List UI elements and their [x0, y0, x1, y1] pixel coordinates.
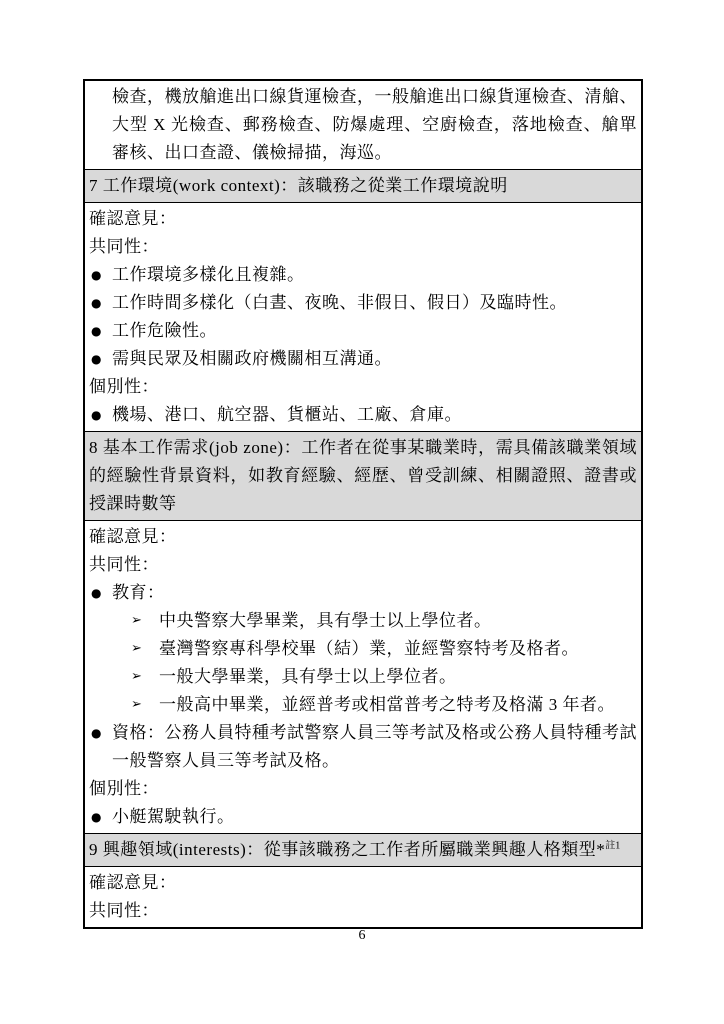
list-text: 工作時間多樣化（白晝、夜晚、非假日、假日）及臨時性。 — [112, 289, 637, 317]
bullet-icon: ● — [91, 579, 112, 607]
sub-list-item: ➢ 臺灣警察專科學校畢（結）業，並經警察特考及格者。 — [89, 635, 637, 663]
list-text: 需與民眾及相關政府機關相互溝通。 — [112, 345, 637, 373]
label-line: 個別性： — [89, 775, 637, 803]
list-item: ● 工作時間多樣化（白晝、夜晚、非假日、假日）及臨時性。 — [89, 289, 637, 317]
label-line: 確認意見： — [89, 869, 637, 897]
arrow-icon: ➢ — [131, 607, 159, 635]
document-table: 檢查，機放艙進出口線貨運檢查，一般艙進出口線貨運檢查、清艙、大型 X 光檢查、郵… — [83, 79, 643, 929]
label-text: 個別性： — [89, 373, 637, 401]
list-item: ● 教育： — [89, 579, 637, 607]
list-text: 機場、港口、航空器、貨櫃站、工廠、倉庫。 — [112, 401, 637, 429]
label-text: 共同性： — [89, 551, 637, 579]
list-text: 一般高中畢業，並經普考或相當普考之特考及格滿 3 年者。 — [159, 691, 637, 719]
table-row-header-interests: 9 興趣領域(interests)：從事該職務之工作者所屬職業興趣人格類型*註1 — [85, 833, 641, 866]
list-text: 資格：公務人員特種考試警察人員三等考試及格或公務人員特種考試一般警察人員三等考試… — [112, 719, 637, 775]
list-item: ● 機場、港口、航空器、貨櫃站、工廠、倉庫。 — [89, 401, 637, 429]
label-line: 共同性： — [89, 551, 637, 579]
table-row-header-work-context: 7 工作環境(work context)：該職務之從業工作環境說明 — [85, 169, 641, 202]
table-row-continuation-paragraph: 檢查，機放艙進出口線貨運檢查，一般艙進出口線貨運檢查、清艙、大型 X 光檢查、郵… — [85, 81, 641, 169]
label-text: 共同性： — [89, 233, 637, 261]
list-item: ● 工作環境多樣化且複雜。 — [89, 261, 637, 289]
table-row-job-zone-content: 確認意見： 共同性： ● 教育： ➢ 中央警察大學畢業，具有學士以上學位者。 ➢… — [85, 520, 641, 833]
bullet-icon: ● — [91, 289, 112, 317]
list-text: 工作環境多樣化且複雜。 — [112, 261, 637, 289]
section-header-text: 9 興趣領域(interests)：從事該職務之工作者所屬職業興趣人格類型* — [89, 840, 605, 859]
bullet-icon: ● — [91, 803, 112, 831]
bullet-icon: ● — [91, 401, 112, 429]
footnote-ref: 註1 — [605, 840, 620, 851]
bullet-icon: ● — [91, 345, 112, 373]
section-header-text: 8 基本工作需求(job zone)：工作者在從事某職業時，需具備該職業領域的經… — [89, 438, 637, 513]
list-text: 工作危險性。 — [112, 317, 637, 345]
list-item: ● 資格：公務人員特種考試警察人員三等考試及格或公務人員特種考試一般警察人員三等… — [89, 719, 637, 775]
bullet-icon: ● — [91, 317, 112, 345]
table-row-header-job-zone: 8 基本工作需求(job zone)：工作者在從事某職業時，需具備該職業領域的經… — [85, 431, 641, 520]
list-text: 中央警察大學畢業，具有學士以上學位者。 — [159, 607, 637, 635]
label-text: 個別性： — [89, 775, 637, 803]
bullet-icon: ● — [91, 719, 112, 747]
arrow-icon: ➢ — [131, 635, 159, 663]
label-line: 共同性： — [89, 897, 637, 925]
list-text: 小艇駕駛執行。 — [112, 803, 637, 831]
label-text: 確認意見： — [89, 869, 637, 897]
paragraph-text: 檢查，機放艙進出口線貨運檢查，一般艙進出口線貨運檢查、清艙、大型 X 光檢查、郵… — [112, 87, 637, 162]
label-line: 確認意見： — [89, 523, 637, 551]
table-row-interests-content: 確認意見： 共同性： — [85, 866, 641, 927]
label-text: 共同性： — [89, 897, 637, 925]
page-number: 6 — [0, 928, 724, 944]
arrow-icon: ➢ — [131, 691, 159, 719]
list-text: 教育： — [112, 579, 637, 607]
list-item: ● 小艇駕駛執行。 — [89, 803, 637, 831]
arrow-icon: ➢ — [131, 663, 159, 691]
sub-list-item: ➢ 一般大學畢業，具有學士以上學位者。 — [89, 663, 637, 691]
sub-list-item: ➢ 一般高中畢業，並經普考或相當普考之特考及格滿 3 年者。 — [89, 691, 637, 719]
label-line: 個別性： — [89, 373, 637, 401]
list-text: 臺灣警察專科學校畢（結）業，並經警察特考及格者。 — [159, 635, 637, 663]
table-row-work-context-content: 確認意見： 共同性： ● 工作環境多樣化且複雜。 ● 工作時間多樣化（白晝、夜晚… — [85, 202, 641, 431]
section-header-text: 7 工作環境(work context)：該職務之從業工作環境說明 — [89, 176, 508, 195]
bullet-icon: ● — [91, 261, 112, 289]
list-item: ● 工作危險性。 — [89, 317, 637, 345]
label-text: 確認意見： — [89, 523, 637, 551]
list-item: ● 需與民眾及相關政府機關相互溝通。 — [89, 345, 637, 373]
list-text: 一般大學畢業，具有學士以上學位者。 — [159, 663, 637, 691]
label-line: 共同性： — [89, 233, 637, 261]
label-text: 確認意見： — [89, 205, 637, 233]
sub-list-item: ➢ 中央警察大學畢業，具有學士以上學位者。 — [89, 607, 637, 635]
label-line: 確認意見： — [89, 205, 637, 233]
